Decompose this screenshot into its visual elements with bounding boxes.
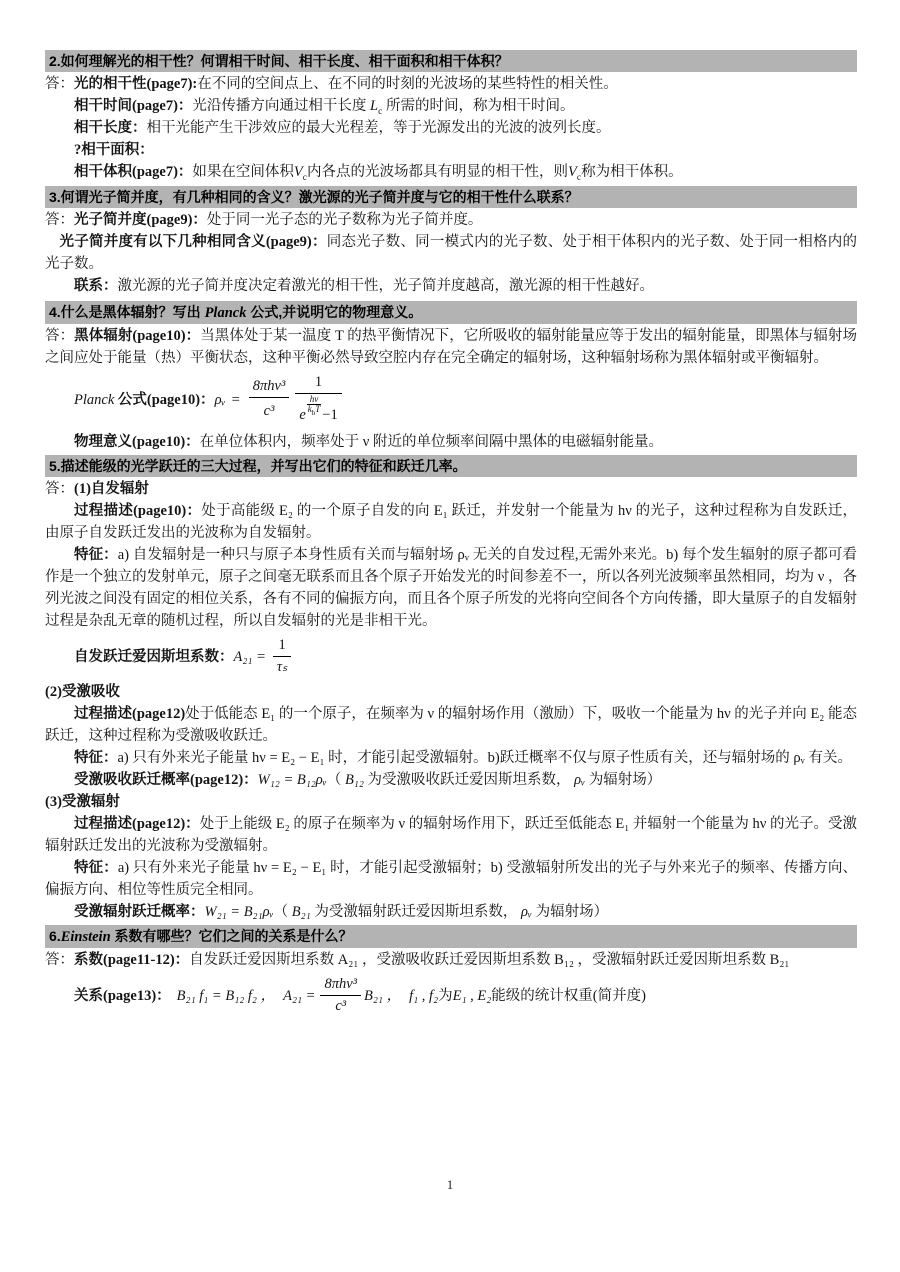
q5-s3-process-term: 过程描述(page12)：: [74, 816, 200, 832]
w21-paren-text2: 为辐射场）: [532, 904, 608, 920]
planck-e: e: [299, 407, 305, 423]
q5-section3-title-line: (3)受激辐射: [45, 791, 857, 813]
planck-formula-label: Planck 公式(page10)：: [74, 389, 215, 411]
planck-f1-den: c³: [249, 398, 290, 424]
document-page: { "page": {"number": "1"}, "q2": { "head…: [0, 0, 900, 1272]
q2-coherence-time-line: 相干时间(page7)：光沿传播方向通过相干长度 Lc 所需的时间，称为相干时间…: [45, 95, 857, 117]
relation-a21-lhs: A₂₁ =: [283, 985, 315, 1007]
q5-s1-features-term: 特征：: [74, 547, 118, 563]
relation-e12: E₁ , E₂: [453, 985, 492, 1007]
answer-lead: 答：: [45, 212, 74, 228]
q3-header-text: 3.何谓光子简并度，有几种相同的含义？激光源的光子简并度与它的相干性什么联系？: [49, 189, 579, 205]
q5-section1-title: (1)自发辐射: [74, 481, 149, 497]
q2-answer-line: 答：光的相干性(page7):在不同的空间点上、在不同的时刻的光波场的某些特性的…: [45, 73, 857, 95]
question-6-header: 6.Einstein 系数有哪些？它们之间的关系是什么？: [45, 925, 857, 948]
planck-f2-num: 1: [295, 372, 341, 394]
planck-formula-line: Planck 公式(page10)： ρᵥ = 8πhν³c³ 1 ehνkbT…: [45, 372, 857, 428]
w12-paren-text1: 为受激吸收跃迁爱因斯坦系数，: [364, 772, 574, 788]
q2-coherence-volume-line: 相干体积(page7)：如果在空间体积Vc内各点的光波场都具有明显的相干性，则V…: [45, 161, 857, 183]
q5-s1-process-term: 过程描述(page10)：: [74, 503, 201, 519]
q5-section2-title-line: (2)受激吸收: [45, 681, 857, 703]
question-2-header: 2.如何理解光的相干性？何谓相干时间、相干长度、相干面积和相干体积？: [45, 50, 857, 72]
q5-s2-features-term: 特征：: [74, 750, 118, 766]
answer-lead: 答：: [45, 481, 74, 497]
q2-vol-text2: 内各点的光波场都具有明显的相干性，则: [307, 164, 568, 180]
answer-lead: 答：: [45, 76, 74, 92]
a21-num: 1: [273, 635, 292, 657]
w12-paren-text2: 为辐射场）: [585, 772, 661, 788]
a21-fraction: 1τₛ: [273, 635, 292, 678]
q4-meaning-text: 在单位体积内，频率处于 ν 附近的单位频率间隔中黑体的电磁辐射能量。: [200, 434, 663, 450]
q5-s1-process-paragraph: 过程描述(page10)：处于高能级 E₂ 的一个原子自发的向 E₁ 跃迁，并发…: [45, 500, 857, 544]
q2-vol-text3: 称为相干体积。: [581, 164, 683, 180]
planck-fraction-1: 8πhν³c³: [249, 376, 290, 424]
relation-fraction: 8πhν³c³: [320, 974, 361, 1017]
w21-label: 受激辐射跃迁概率：: [74, 904, 205, 920]
q3-relation-line: 联系：激光源的光子简并度决定着激光的相干性，光子简并度越高，激光源的相干性越好。: [45, 275, 857, 297]
a21-den: τₛ: [273, 657, 292, 678]
relation-label: 关系(page13)：: [74, 985, 171, 1007]
q3-meanings-paragraph: 光子简并度有以下几种相同含义(page9)：同态光子数、同一模式内的光子数、处于…: [45, 231, 857, 275]
q3-term-relation: 联系：: [74, 278, 118, 294]
document-content: 2.如何理解光的相干性？何谓相干时间、相干长度、相干面积和相干体积？ 答：光的相…: [45, 50, 857, 1020]
q2-coherence-length-line: 相干长度：相干光能产生干涉效应的最大光程差，等于光源发出的光波的波列长度。: [45, 117, 857, 139]
q2-coherence-text: 在不同的空间点上、在不同的时刻的光波场的某些特性的相关性。: [197, 76, 618, 92]
w12-probability-line: 受激吸收跃迁概率(page12)：W₁₂ = B₁₂ρᵥ（ B₁₂ 为受激吸收跃…: [45, 769, 857, 791]
planck-fraction-2: 1 ehνkbT−1: [295, 372, 341, 428]
w12-label: 受激吸收跃迁概率(page12)：: [74, 772, 258, 788]
answer-lead: 答：: [45, 952, 74, 968]
relation-f12: f₁ , f₂: [409, 985, 438, 1007]
var-Vc-1: V: [294, 164, 303, 180]
w12-formula: W₁₂ = B₁₂ρᵥ: [258, 772, 327, 788]
a21-label: 自发跃迁爱因斯坦系数：: [74, 646, 234, 668]
q2-term-time: 相干时间(page7)：: [74, 98, 192, 114]
planck-f2-den: ehνkbT−1: [295, 394, 341, 428]
q3-term-meanings: 光子简并度有以下几种相同含义(page9)：: [60, 234, 327, 250]
relation-formula-1: B₂₁ f₁ = B₁₂ f₂ ，: [177, 985, 275, 1007]
planck-equals: =: [232, 389, 240, 411]
a21-formula-line: 自发跃迁爱因斯坦系数： A₂₁ = 1τₛ: [45, 635, 857, 678]
q6-header-pre: 6.: [49, 928, 61, 944]
q4-answer-paragraph: 答：黑体辐射(page10)：当黑体处于某一温度 T 的热平衡情况下，它所吸收的…: [45, 325, 857, 369]
q3-answer-line: 答：光子简并度(page9)：处于同一光子态的光子数称为光子简并度。: [45, 209, 857, 231]
q5-s2-features-text: a) 只有外来光子能量 hν = E₂ − E₁ 时，才能引起受激辐射。b)跃迁…: [118, 750, 852, 766]
planck-label-text: 公式(page10)：: [114, 392, 214, 408]
relation-frac-den: c³: [320, 996, 361, 1017]
q2-term-area: ?相干面积：: [74, 142, 154, 158]
q3-relation-text: 激光源的光子简并度决定着激光的相干性，光子简并度越高，激光源的相干性越好。: [118, 278, 655, 294]
q6-coefficients-text: 自发跃迁爱因斯坦系数 A₂₁ ，受激吸收跃迁爱因斯坦系数 B₁₂ ，受激辐射跃迁…: [189, 952, 789, 968]
q2-term-coherence: 光的相干性(page7):: [74, 76, 197, 92]
q4-meaning-line: 物理意义(page10)：在单位体积内，频率处于 ν 附近的单位频率间隔中黑体的…: [45, 431, 857, 453]
q2-term-volume: 相干体积(page7)：: [74, 164, 192, 180]
q5-s3-features-text: a) 只有外来光子能量 hν = E₂ − E₁ 时，才能引起受激辐射；b) 受…: [45, 860, 857, 898]
q2-vol-text1: 如果在空间体积: [192, 164, 294, 180]
w21-var-rho: ρᵥ: [521, 904, 532, 920]
w12-var-rho: ρᵥ: [574, 772, 585, 788]
question-4-header: 4.什么是黑体辐射？写出 Planck 公式,并说明它的物理意义。: [45, 301, 857, 324]
q2-length-text: 相干光能产生干涉效应的最大光程差，等于光源发出的光波的波列长度。: [147, 120, 611, 136]
q2-term-length: 相干长度：: [74, 120, 147, 136]
q3-term-degeneracy: 光子简并度(page9)：: [74, 212, 207, 228]
planck-exp-T: T: [315, 404, 320, 414]
w21-formula: W₂₁ = B₂₁ρᵥ: [205, 904, 274, 920]
q2-coherence-area-line: ?相干面积：: [45, 139, 857, 161]
q5-s2-features-paragraph: 特征：a) 只有外来光子能量 hν = E₂ − E₁ 时，才能引起受激辐射。b…: [45, 747, 857, 769]
q5-section3-title: (3)受激辐射: [45, 794, 120, 810]
q5-s3-process-paragraph: 过程描述(page12)：处于上能级 E₂ 的原子在频率为 ν 的辐射场作用下，…: [45, 813, 857, 857]
w12-paren-open: （: [327, 772, 345, 788]
q5-section2-title: (2)受激吸收: [45, 684, 120, 700]
q5-answer-line: 答：(1)自发辐射: [45, 478, 857, 500]
relation-text-1: 为: [438, 985, 453, 1007]
q4-header-pre: 4.什么是黑体辐射？写出: [49, 304, 205, 320]
planck-f1-num: 8πhν³: [249, 376, 290, 398]
q5-s3-features-term: 特征：: [74, 860, 118, 876]
w21-var-b21: B₂₁: [292, 904, 311, 920]
q4-term-meaning: 物理意义(page10)：: [74, 434, 200, 450]
q5-s2-process-term: 过程描述(page12): [74, 706, 185, 722]
planck-lhs: ρᵥ: [215, 389, 226, 411]
einstein-relation-line: 关系(page13)： B₂₁ f₁ = B₁₂ f₂ ， A₂₁ = 8πhν…: [45, 974, 857, 1017]
q4-header-planck: Planck: [205, 305, 247, 321]
var-Vc-2: V: [568, 164, 577, 180]
q5-s3-features-paragraph: 特征：a) 只有外来光子能量 hν = E₂ − E₁ 时，才能引起受激辐射；b…: [45, 857, 857, 901]
answer-lead: 答：: [45, 328, 74, 344]
w12-var-b12: B₁₂: [345, 772, 364, 788]
q5-header-text: 5.描述能级的光学跃迁的三大过程，并写出它们的特征和跃迁几率。: [49, 458, 467, 474]
q6-header-einstein: Einstein: [61, 929, 111, 945]
planck-word: Planck: [74, 392, 114, 408]
planck-exp-den: kbT: [307, 405, 322, 414]
q6-header-post: 系数有哪些？它们之间的关系是什么？: [111, 928, 353, 944]
q6-answer-paragraph: 答：系数(page11-12)：自发跃迁爱因斯坦系数 A₂₁ ，受激吸收跃迁爱因…: [45, 949, 857, 971]
question-5-header: 5.描述能级的光学跃迁的三大过程，并写出它们的特征和跃迁几率。: [45, 455, 857, 477]
relation-frac-num: 8πhν³: [320, 974, 361, 996]
q5-s2-process-paragraph: 过程描述(page12)处于低能态 E₁ 的一个原子，在频率为 ν 的辐射场作用…: [45, 703, 857, 747]
relation-text-2: 能级的统计权重(简并度): [491, 985, 646, 1007]
q4-term-blackbody: 黑体辐射(page10)：: [74, 328, 200, 344]
q3-degeneracy-text: 处于同一光子态的光子数称为光子简并度。: [207, 212, 483, 228]
q2-header-text: 2.如何理解光的相干性？何谓相干时间、相干长度、相干面积和相干体积？: [49, 53, 509, 69]
w21-paren-open: （: [274, 904, 292, 920]
planck-minus-one: −1: [322, 407, 337, 423]
q6-term-coefficients: 系数(page11-12)：: [74, 952, 189, 968]
q4-header-post: 公式,并说明它的物理意义。: [246, 304, 422, 320]
q2-time-text2: 所需的时间，称为相干时间。: [382, 98, 574, 114]
q5-s1-features-text: a) 自发辐射是一种只与原子本身性质有关而与辐射场 ρᵥ 无关的自发过程,无需外…: [45, 547, 857, 629]
q5-s1-features-paragraph: 特征：a) 自发辐射是一种只与原子本身性质有关而与辐射场 ρᵥ 无关的自发过程,…: [45, 544, 857, 632]
q2-time-text1: 光沿传播方向通过相干长度: [192, 98, 370, 114]
planck-exponent-fraction: hνkbT: [307, 395, 322, 414]
relation-b21: B₂₁ ，: [364, 985, 401, 1007]
w21-probability-line: 受激辐射跃迁概率：W₂₁ = B₂₁ρᵥ（ B₂₁ 为受激辐射跃迁爱因斯坦系数，…: [45, 901, 857, 923]
var-Lc: L: [370, 98, 378, 114]
page-number: 1: [0, 1174, 900, 1196]
w21-paren-text1: 为受激辐射跃迁爱因斯坦系数，: [311, 904, 521, 920]
question-3-header: 3.何谓光子简并度，有几种相同的含义？激光源的光子简并度与它的相干性什么联系？: [45, 186, 857, 208]
a21-lhs: A₂₁ =: [234, 646, 266, 668]
